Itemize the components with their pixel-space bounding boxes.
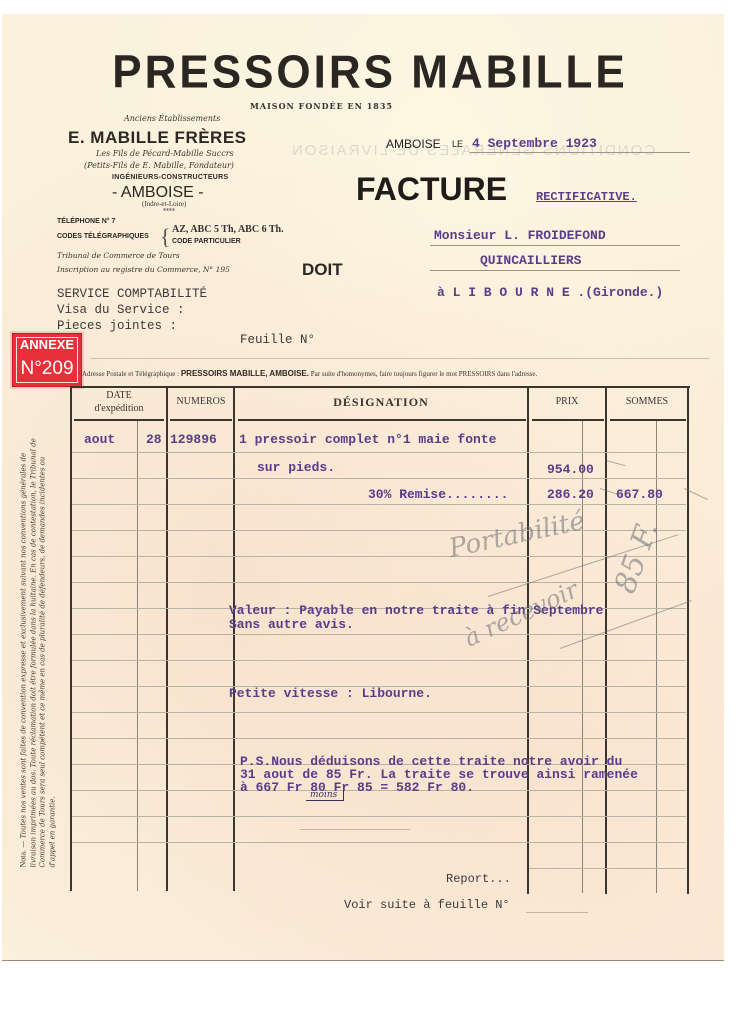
table-top-border <box>70 386 690 388</box>
visa-label: Visa du Service : <box>57 303 185 317</box>
row-rule <box>72 738 686 739</box>
address-suffix: Par suite d'homonymes, faire toujours fi… <box>311 370 538 378</box>
sidenote-label: Nota. <box>19 850 28 868</box>
col-divider-desig <box>527 386 529 894</box>
service-heading: SERVICE COMPTABILITÉ <box>57 287 207 301</box>
invoice-title: FACTURE <box>356 171 507 208</box>
header-prix: PRIX <box>529 396 605 407</box>
former-establishments: Anciens Établissements <box>124 114 220 123</box>
row3-prix: 286.20 <box>547 487 594 502</box>
header-rule-sommes <box>610 419 686 421</box>
registry-line: Inscription au registre du Commerce, N° … <box>57 265 230 274</box>
sidenote: Nota. — Toutes nos ventes sont faites de… <box>19 436 58 868</box>
header-date-label: DATE <box>72 389 166 402</box>
row-rule <box>529 868 686 869</box>
header-numeros: NUMEROS <box>168 396 234 407</box>
row-rule <box>72 582 686 583</box>
recipient-rule-2 <box>430 270 680 271</box>
annexe-stamp: ANNEXE N°209 <box>12 333 82 387</box>
profession-line: INGÉNIEURS-CONSTRUCTEURS <box>112 174 228 181</box>
row-rule <box>72 660 686 661</box>
payment-line-2: Sans autre avis. <box>229 617 354 632</box>
tribunal-line: Tribunal de Commerce de Tours <box>57 251 180 260</box>
desig-flourish <box>300 829 410 830</box>
row2-prix: 954.00 <box>547 462 594 477</box>
region-line: (Indre-et-Loire) <box>142 200 186 208</box>
feuille-rule <box>90 358 710 359</box>
row-rule <box>72 530 686 531</box>
firm-name: E. MABILLE FRÈRES <box>68 128 247 148</box>
row-rule <box>72 842 686 843</box>
invoice-date: 4 Septembre 1923 <box>472 136 597 151</box>
shipping-line: Petite vitesse : Libourne. <box>229 686 432 701</box>
recipient-trade: QUINCAILLIERS <box>480 253 581 268</box>
header-rule-num <box>170 419 232 421</box>
col-divider-prix <box>605 386 607 894</box>
grandsons-line: (Petits-Fils de E. Mabille, Fondateur) <box>84 161 234 170</box>
subcol-day <box>137 421 138 891</box>
header-rule-prix <box>532 419 604 421</box>
row-rule <box>72 712 686 713</box>
place-label: AMBOISE <box>386 137 441 151</box>
ps-line-3: à 667 Fr 80 Fr 85 = 582 Fr 80. <box>240 781 638 794</box>
stars-divider: **** <box>163 208 175 215</box>
row1-day: 28 <box>146 432 162 447</box>
row1-designation: 1 pressoir complet n°1 maie fonte <box>239 432 496 447</box>
recipient-name: Monsieur L. FROIDEFOND <box>434 228 606 243</box>
report-label: Report... <box>446 872 511 886</box>
successors-line: Les Fils de Pécard-Mabille Succrs <box>96 149 234 158</box>
codes-value: AZ, ABC 5 Th, ABC 6 Th. <box>172 224 284 235</box>
date-rule <box>470 152 690 153</box>
row-rule <box>72 452 686 453</box>
row-rule <box>72 478 686 479</box>
row1-numero: 129896 <box>170 432 217 447</box>
recipient-city: à L I B O U R N E .(Gironde.) <box>437 285 663 300</box>
header-date: DATE d'expédition <box>72 389 166 415</box>
recipient-rule-1 <box>430 245 680 246</box>
founded-line: MAISON FONDÉE EN 1835 <box>250 101 393 111</box>
row2-designation: sur pieds. <box>257 460 335 475</box>
row3-designation: 30% Remise........ <box>368 487 508 502</box>
header-designation: DÉSIGNATION <box>235 395 527 410</box>
le-label: LE <box>452 139 463 149</box>
continued-rule <box>526 912 588 913</box>
header-sommes: SOMMES <box>607 396 687 407</box>
header-rule-desig <box>238 419 526 421</box>
header-date-sub: d'expédition <box>72 402 166 415</box>
address-name: PRESSOIRS MABILLE, AMBOISE. <box>181 369 309 378</box>
address-line: Adresse Postale et Télégraphique : PRESS… <box>82 369 537 378</box>
codes-label: CODES TÉLÉGRAPHIQUES <box>57 233 149 240</box>
sidenote-text: — Toutes nos ventes sont faites de conve… <box>20 438 57 867</box>
stamp-line1: ANNEXE <box>13 337 81 352</box>
row-rule <box>72 556 686 557</box>
continued-label: Voir suite à feuille N° <box>344 898 510 912</box>
feuille-label: Feuille N° <box>240 333 315 347</box>
code-particulier: CODE PARTICULIER <box>172 238 241 245</box>
row-rule <box>72 816 686 817</box>
ps-block: P.S.Nous déduisons de cette traite notre… <box>240 755 638 794</box>
header-rule-date <box>74 419 164 421</box>
table-right-border <box>687 386 689 894</box>
stamp-line2: N°209 <box>13 358 81 380</box>
row-rule <box>72 504 686 505</box>
pieces-label: Pieces jointes : <box>57 319 177 333</box>
address-prefix: Adresse Postale et Télégraphique : <box>82 370 179 378</box>
invoice-qualifier: RECTIFICATIVE. <box>536 190 637 204</box>
company-title: PRESSOIRS MABILLE <box>60 47 680 100</box>
row1-month: aout <box>84 432 115 447</box>
telephone-line: TÉLÉPHONE N° 7 <box>57 218 115 225</box>
doit-label: DOIT <box>302 260 343 280</box>
ps-moins-annotation: moins <box>306 790 344 801</box>
brace-icon: { <box>160 224 171 250</box>
